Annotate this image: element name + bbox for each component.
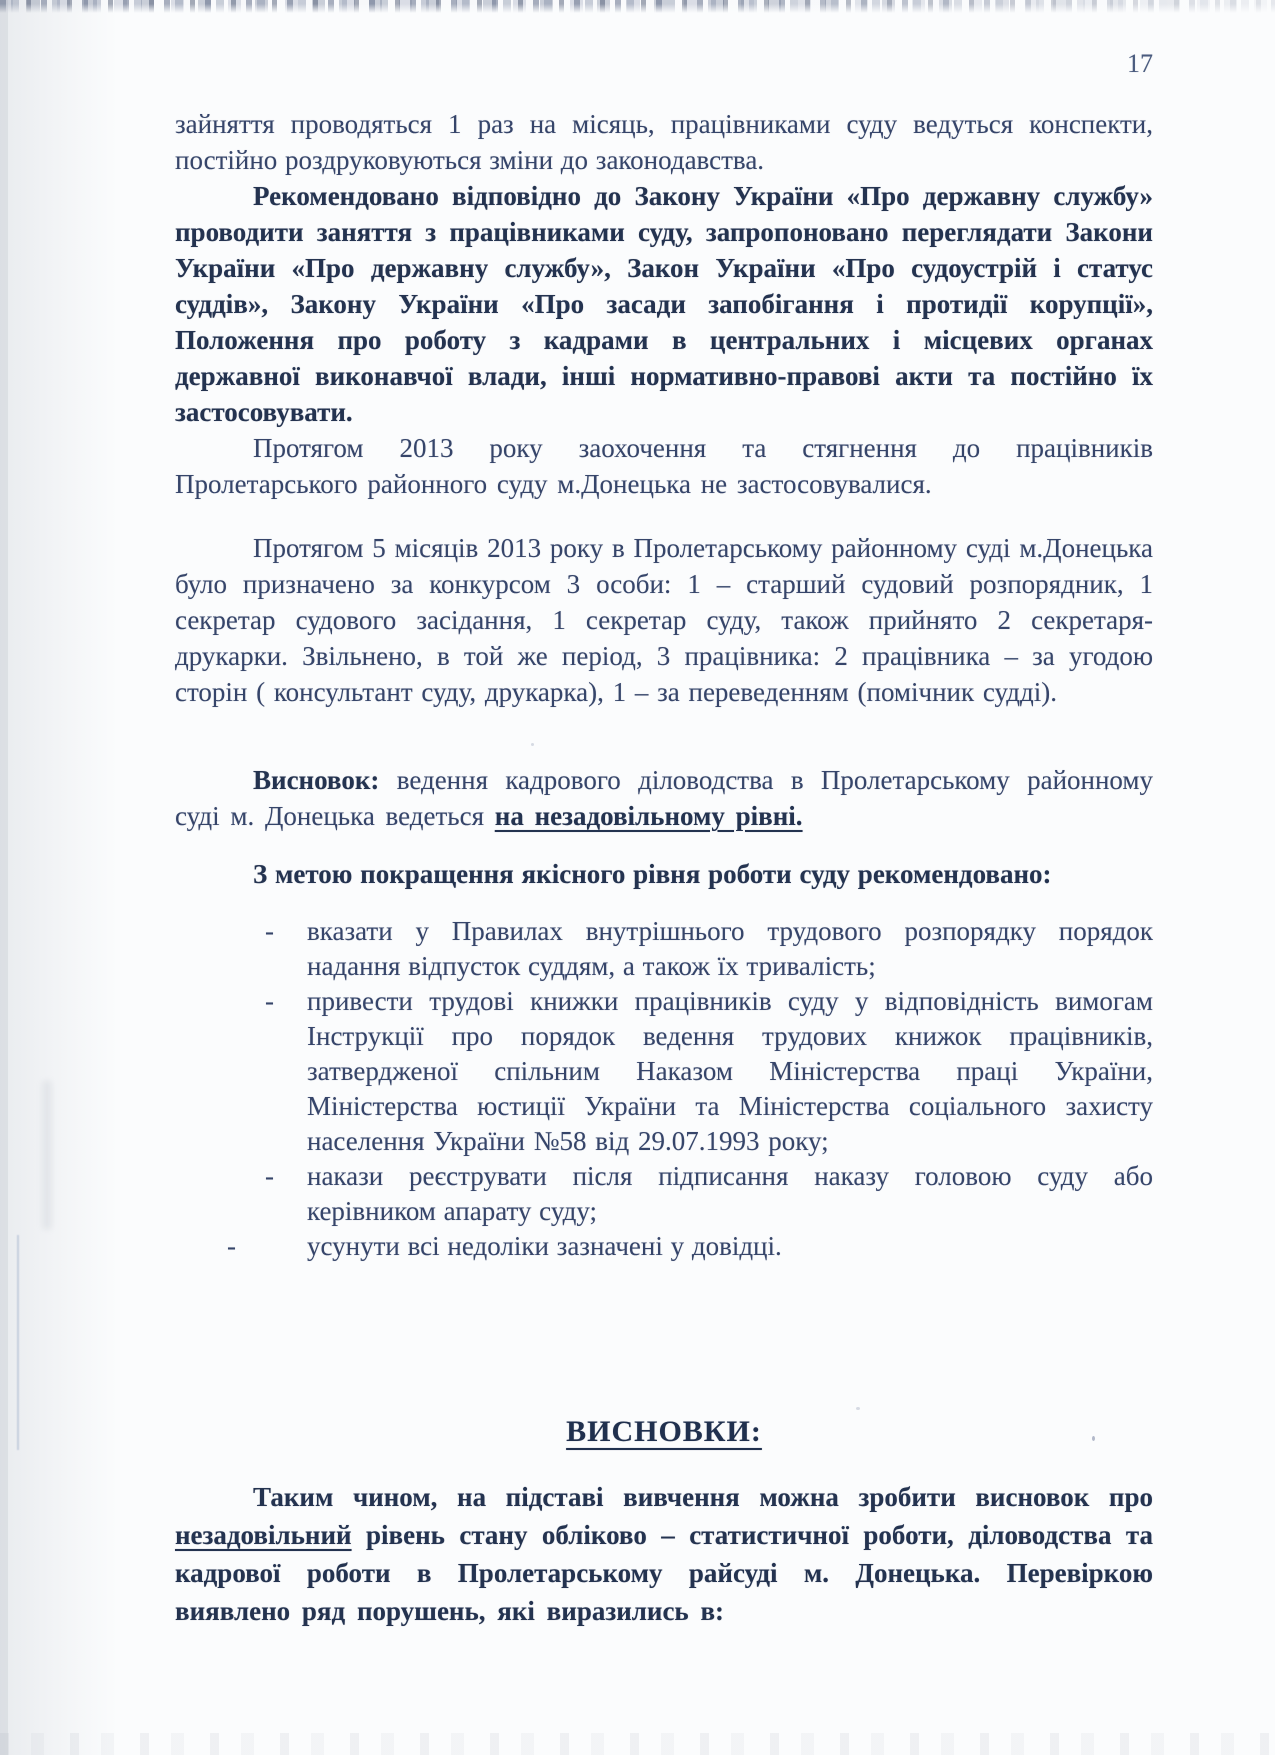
list-item: -привести трудові книжки працівників суд… [175, 984, 1153, 1159]
scan-smear-artifact [42, 1080, 52, 1230]
dash-marker: - [265, 984, 274, 1019]
list-item: -усунути всі недоліки зазначені у довідц… [175, 1229, 1153, 1264]
document-body: 17 зайняття проводяться 1 раз на місяць,… [175, 0, 1153, 1630]
paragraph-staffing-changes: Протягом 5 місяців 2013 року в Пролетарс… [175, 530, 1153, 746]
conclusion-emphasis: на незадовільному рівні. [495, 801, 803, 831]
scanned-document-page: 17 зайняття проводяться 1 раз на місяць,… [0, 0, 1275, 1755]
list-item-text: вказати у Правилах внутрішнього трудовог… [307, 916, 1153, 981]
paragraph-conclusion-hr: Висновок: ведення кадрового діловодства … [175, 762, 1153, 834]
list-item-text: привести трудові книжки працівників суду… [307, 986, 1153, 1156]
paragraph-recommendation-laws: Рекомендовано відповідно до Закону Украї… [175, 178, 1153, 430]
dash-marker: - [227, 1229, 236, 1264]
scan-noise-bottom-strip [0, 1733, 1275, 1755]
list-item-text: накази реєструвати після підписання нака… [307, 1161, 1153, 1226]
paragraph-incentives-2013: Протягом 2013 року заохочення та стягнен… [175, 430, 1153, 502]
recommendations-title: З метою покращення якісного рівня роботи… [175, 856, 1153, 892]
final-lead: Таким чином, на підставі вивчення можна … [253, 1482, 1153, 1512]
section-heading-text: ВИСНОВКИ: [566, 1415, 762, 1448]
conclusion-label: Висновок: [253, 765, 379, 795]
page-number: 17 [175, 46, 1153, 82]
scan-edge-left-band [0, 0, 118, 1755]
dash-marker: - [265, 1159, 274, 1194]
dash-marker: - [265, 914, 274, 949]
list-item-text: усунути всі недоліки зазначені у довідці… [307, 1231, 782, 1261]
final-underlined-word: незадовільний [175, 1520, 352, 1550]
section-heading-conclusions: ВИСНОВКИ: [175, 1412, 1153, 1452]
scan-streak-artifact [17, 1235, 19, 1450]
paragraph-training-sessions: зайняття проводяться 1 раз на місяць, пр… [175, 106, 1153, 178]
recommendations-list: -вказати у Правилах внутрішнього трудово… [175, 914, 1153, 1264]
list-item: -накази реєструвати після підписання нак… [175, 1159, 1153, 1229]
list-item: -вказати у Правилах внутрішнього трудово… [175, 914, 1153, 984]
paragraph-final-conclusion: Таким чином, на підставі вивчення можна … [175, 1478, 1153, 1630]
